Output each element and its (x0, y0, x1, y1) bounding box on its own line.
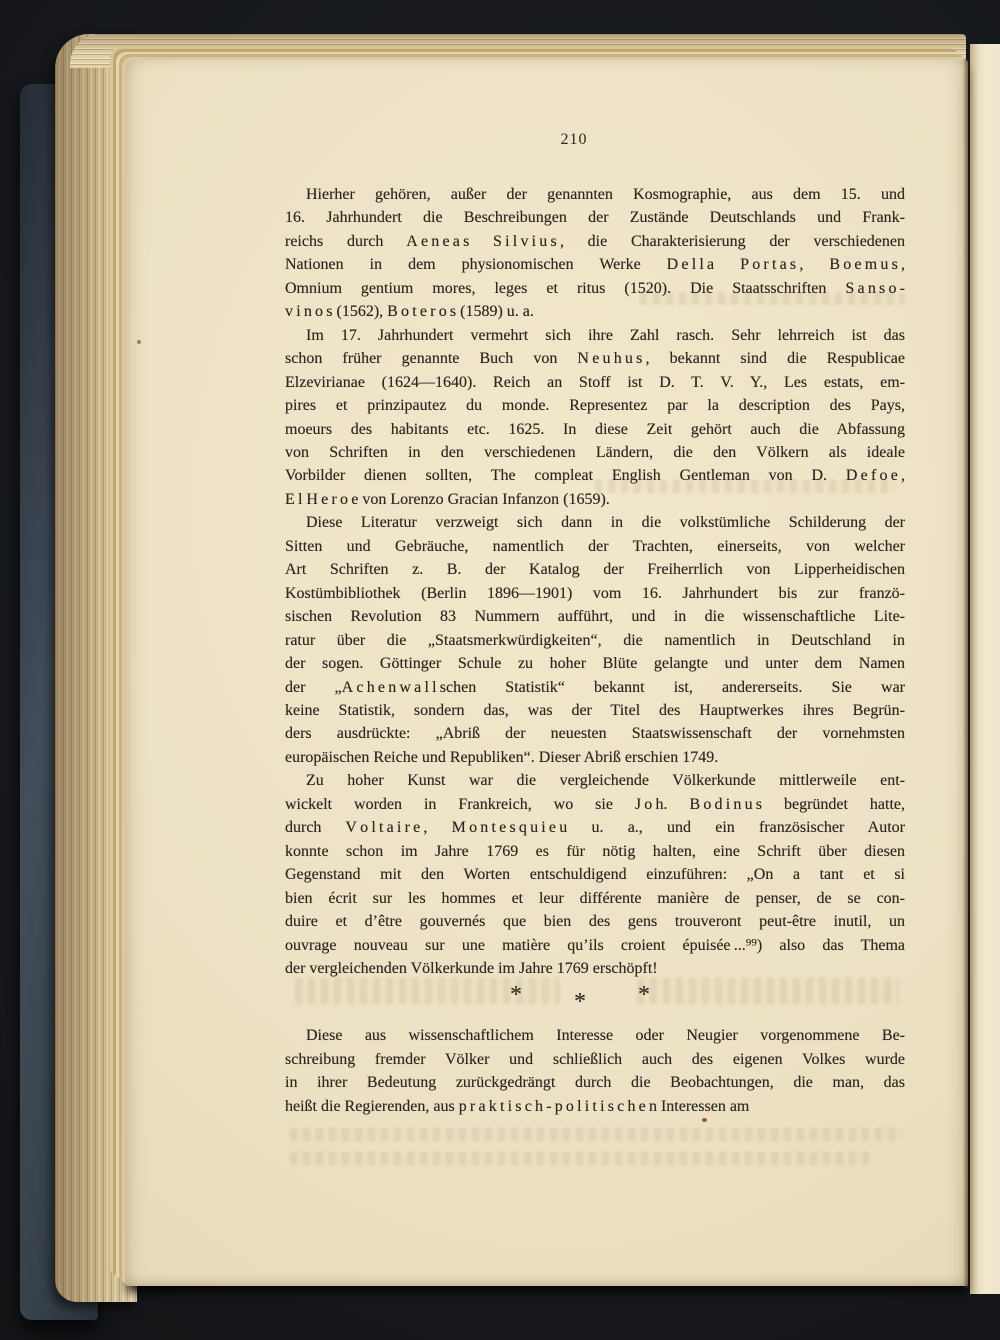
text-line: 16. Jahrhundert die Beschreibungen der Z… (285, 206, 905, 229)
book-page: 210 Hierher gehören, außer der genannten… (125, 60, 968, 1286)
text-line: Nationen in dem physionomischen Werke D … (285, 253, 905, 276)
text-line: europäischen Reiche und Republiken“. Die… (285, 746, 905, 769)
text-line: wickelt worden in Frankreich, wo sie J o… (285, 793, 905, 816)
text-line: der sogen. Göttinger Schule zu hoher Blü… (285, 652, 905, 675)
text-line: duire et d’être gouvernés que bien des g… (285, 910, 905, 933)
text-line: ouvrage nouveau sur une matière qu’ils c… (285, 934, 905, 957)
text-line: Elzevirianae (1624—1640). Reich an Stoff… (285, 371, 905, 394)
ink-speck (702, 1118, 707, 1122)
bleed-through-artifact (290, 1128, 902, 1141)
text-line: Kostümbibliothek (Berlin 1896—1901) vom … (285, 582, 905, 605)
text-line: der vergleichenden Völkerkunde im Jahre … (285, 957, 905, 980)
text-line: pires et prinzipautez du monde. Represen… (285, 394, 905, 417)
text-line: ratur über die „Staatsmerkwürdigkeiten“,… (285, 629, 905, 652)
text-line: sischen Revolution 83 Nummern aufführt, … (285, 605, 905, 628)
bleed-through-artifact (295, 978, 560, 1004)
text-line: moeurs des habitants etc. 1625. In diese… (285, 418, 905, 441)
text-line: durch V o l t a i r e , M o n t e s q u … (285, 816, 905, 839)
asterisk: * (574, 991, 586, 1014)
text-line: ders ausdrückte: „Abriß der neuesten Sta… (285, 722, 905, 745)
text-line: konnte schon im Jahre 1769 es für nötig … (285, 840, 905, 863)
text-line: Diese Literatur verzweigt sich dann in d… (285, 511, 905, 534)
text-line: von Schriften in den verschiedenen Lände… (285, 441, 905, 464)
page-number: 210 (264, 131, 884, 149)
facing-page-edge (970, 44, 1000, 1294)
book-scan: 210 Hierher gehören, außer der genannten… (0, 0, 1000, 1340)
text-line: Zu hoher Kunst war die vergleichende Völ… (285, 769, 905, 792)
text-line: Art Schriften z. B. der Katalog der Frei… (285, 558, 905, 581)
text-line: heißt die Regierenden, aus p r a k t i s… (285, 1095, 905, 1118)
text-line: schon früher genannte Buch von N e u h u… (285, 347, 905, 370)
gutter-crease (963, 58, 970, 1288)
closing-paragraph: Diese aus wissenschaftlichem Interesse o… (285, 1024, 905, 1118)
bleed-through-artifact (640, 292, 905, 305)
bleed-through-artifact (595, 480, 895, 493)
text-line: bien écrit sur les hommes et leur différ… (285, 887, 905, 910)
text-line: Sitten und Gebräuche, namentlich der Tra… (285, 535, 905, 558)
ink-speck (137, 340, 141, 344)
text-line: der „A c h e n w a l l schen Statistik“ … (285, 676, 905, 699)
text-line: Diese aus wissenschaftlichem Interesse o… (285, 1024, 905, 1047)
text-line: schreibung fremder Völker und schließlic… (285, 1048, 905, 1071)
text-line: in ihrer Bedeutung zurückgedrängt durch … (285, 1071, 905, 1094)
text-line: Gegenstand mit den Worten entschuldigend… (285, 863, 905, 886)
text-line: Im 17. Jahrhundert vermehrt sich ihre Za… (285, 324, 905, 347)
text-line: reichs durch A e n e a s S i l v i u s ,… (285, 230, 905, 253)
text-line: keine Statistik, sondern das, was der Ti… (285, 699, 905, 722)
text-line: Hierher gehören, außer der genannten Kos… (285, 183, 905, 206)
bleed-through-artifact (637, 978, 899, 1004)
bleed-through-artifact (290, 1152, 875, 1165)
